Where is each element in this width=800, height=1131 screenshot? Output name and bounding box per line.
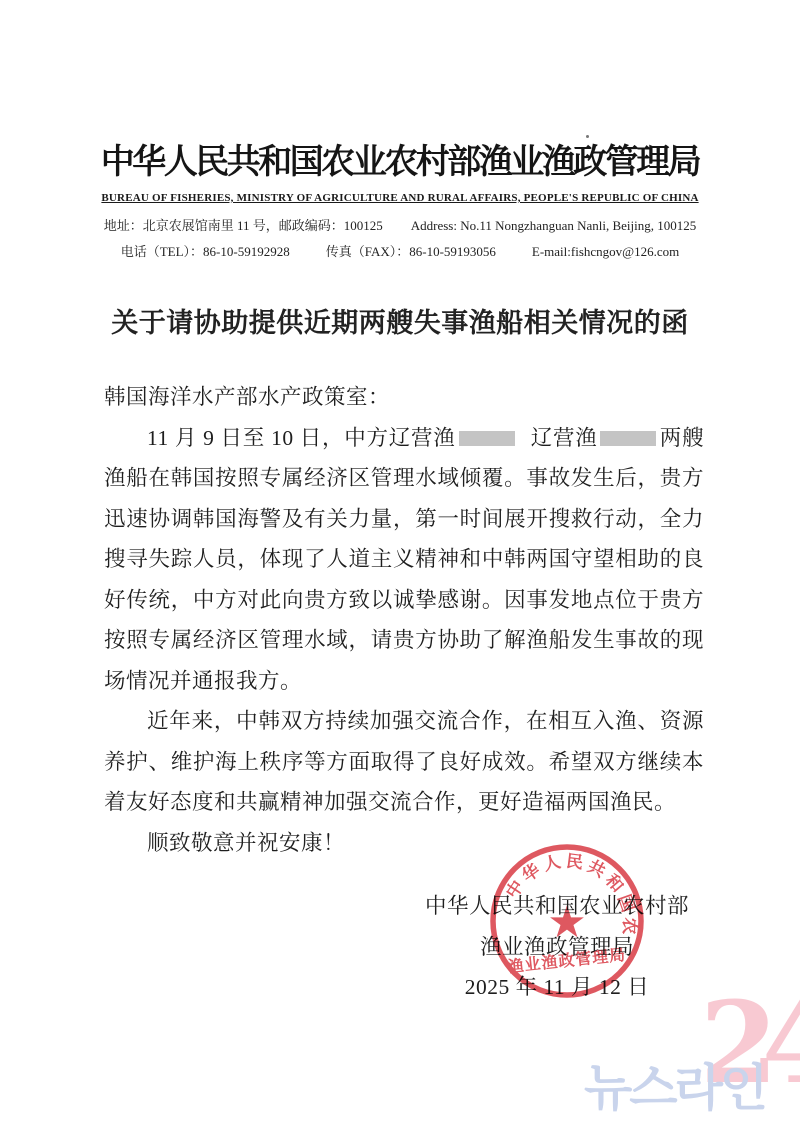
seal-inner-text: 渔业渔政管理局	[506, 945, 627, 976]
org-title-chinese: 中华人民共和国农业农村部渔业渔政管理局	[0, 140, 800, 186]
watermark-newsline-korean: 뉴스라인	[584, 1048, 765, 1120]
address-row: 地址：北京农展馆南里 11 号，邮政编码：100125 Address: No.…	[0, 215, 800, 234]
official-red-seal: 中华人民共和国农业农村部 ★ 渔业渔政管理局	[486, 840, 648, 1002]
ink-speck	[586, 135, 589, 138]
email: E-mail:fishcngov@126.com	[532, 244, 679, 260]
letter-body: 韩国海洋水产部水产政策室： 11 月 9 日至 10 日，中方辽营渔辽营渔两艘渔…	[104, 377, 704, 863]
p1-text-before: 11 月 9 日至 10 日，中方辽营渔	[147, 426, 456, 450]
redaction-box-2	[600, 431, 656, 446]
seal-star-icon: ★	[547, 898, 586, 947]
paragraph-1: 11 月 9 日至 10 日，中方辽营渔辽营渔两艘渔船在韩国按照专属经济区管理水…	[104, 418, 704, 702]
org-title-english: BUREAU OF FISHERIES, MINISTRY OF AGRICUL…	[101, 192, 698, 204]
fax: 传真（FAX）：86-10-59193056	[326, 241, 496, 260]
document-title: 关于请协助提供近期两艘失事渔船相关情况的函	[0, 301, 800, 340]
salutation: 韩国海洋水产部水产政策室：	[104, 377, 704, 418]
letterhead: 中华人民共和国农业农村部渔业渔政管理局 BUREAU OF FISHERIES,…	[0, 140, 800, 260]
contact-row: 电话（TEL）：86-10-59192928 传真（FAX）：86-10-591…	[0, 241, 800, 260]
address-chinese: 地址：北京农展馆南里 11 号，邮政编码：100125	[104, 215, 383, 234]
p1-text-after: 两艘渔船在韩国按照专属经济区管理水域倾覆。事故发生后，贵方迅速协调韩国海警及有关…	[104, 426, 704, 693]
address-english: Address: No.11 Nongzhanguan Nanli, Beiji…	[411, 218, 696, 234]
paragraph-2: 近年来，中韩双方持续加强交流合作，在相互入渔、资源养护、维护海上秩序等方面取得了…	[104, 701, 704, 823]
document-page: { "letterhead": { "title_cn": "中华人民共和国农业…	[0, 0, 800, 1131]
telephone: 电话（TEL）：86-10-59192928	[121, 241, 290, 260]
p1-text-between: 辽营渔	[531, 426, 598, 450]
redaction-box-1	[459, 431, 515, 446]
